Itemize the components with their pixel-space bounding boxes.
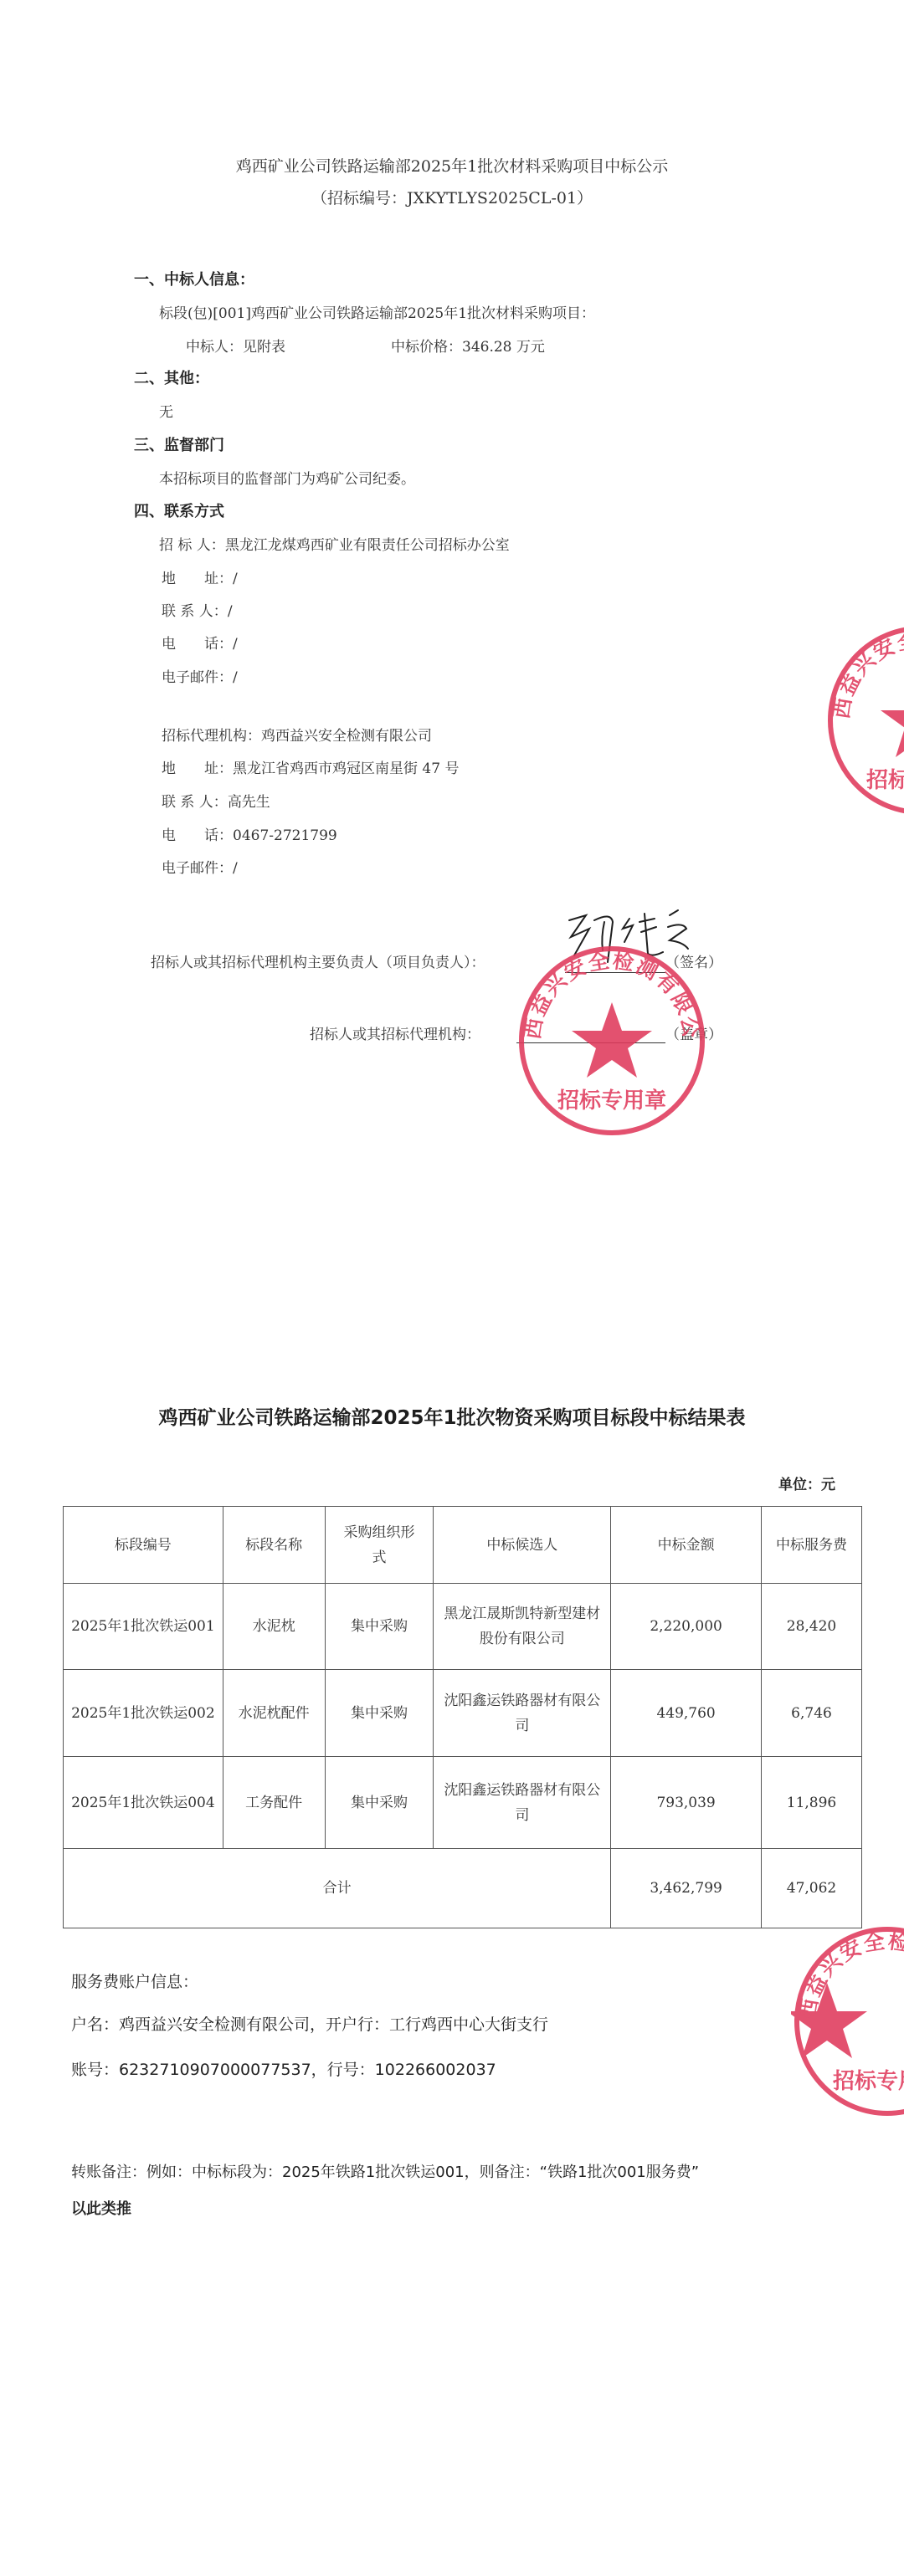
cell-lot-name: 工务配件: [223, 1757, 325, 1849]
cell-lot-no: 2025年1批次铁运002: [64, 1670, 223, 1757]
agency-seal-label: 招标人或其招标代理机构：: [310, 1022, 480, 1043]
agency-contact-person-row: 联 系 人：高先生: [162, 790, 270, 811]
winner-line: 中标人：见附表: [186, 335, 285, 356]
svg-text:招标专用章: 招标专用章: [866, 767, 904, 793]
cell-lot-name: 水泥枕配件: [223, 1670, 325, 1757]
cell-method: 集中采购: [325, 1757, 434, 1849]
tender-number: （招标编号：JXKYTLYS2025CL-01）: [0, 186, 904, 208]
field-label: 地 址：: [162, 761, 233, 777]
field-value: /: [228, 603, 233, 620]
svg-text:招标专用章: 招标专用章: [833, 2068, 904, 2094]
svg-text:鸡西益兴安全检测有限公司: 鸡西益兴安全检测有限公司: [824, 623, 904, 720]
tenderer-phone-row: 电 话：/: [162, 632, 238, 653]
cell-amount: 449,760: [611, 1670, 762, 1757]
edge-seal-icon: 鸡西益兴安全检测有限公司 招标专用章: [824, 623, 904, 817]
winner-label: 中标人：: [186, 339, 243, 356]
responsible-person-label: 招标人或其招标代理机构主要负责人（项目负责人）：: [151, 950, 485, 971]
account-heading: 服务费账户信息：: [71, 1969, 198, 1992]
winner-value: 见附表: [243, 339, 285, 356]
header-lot-name: 标段名称: [223, 1507, 325, 1584]
section-contact-heading: 四、联系方式: [134, 499, 224, 521]
header-fee: 中标服务费: [762, 1507, 862, 1584]
cell-lot-no: 2025年1批次铁运004: [64, 1757, 223, 1849]
agency-phone-row: 电 话：0467-2721799: [162, 823, 337, 844]
edge-seal-icon: 鸡西益兴安全检测有限公司 招标专用章: [791, 1924, 904, 2118]
section-supervision-body: 本招标项目的监督部门为鸡矿公司纪委。: [159, 467, 415, 488]
field-value: /: [233, 571, 238, 587]
lot-line: 标段(包)[001]鸡西矿业公司铁路运输部2025年1批次材料采购项目：: [159, 301, 595, 322]
cell-lot-name: 水泥枕: [223, 1584, 325, 1670]
field-label: 招 标 人：: [159, 537, 225, 554]
table-row: 2025年1批次铁运004 工务配件 集中采购 沈阳鑫运铁路器材有限公司 793…: [64, 1757, 862, 1849]
cell-lot-no: 2025年1批次铁运001: [64, 1584, 223, 1670]
tenderer-email-row: 电子邮件：/: [162, 665, 238, 686]
table-header-row: 标段编号 标段名称 采购组织形式 中标候选人 中标金额 中标服务费: [64, 1507, 862, 1584]
transfer-remark-line: 转账备注：例如：中标标段为：2025年铁路1批次铁运001，则备注：“铁路1批次…: [71, 2160, 699, 2182]
field-label: 地 址：: [162, 571, 233, 587]
field-value: /: [233, 669, 238, 686]
field-value: 鸡西益兴安全检测有限公司: [261, 728, 432, 745]
field-value: 高先生: [228, 794, 270, 811]
account-name-line: 户名：鸡西益兴安全检测有限公司，开户行：工行鸡西中心大街支行: [71, 2012, 548, 2035]
section-winner-heading: 一、中标人信息：: [134, 268, 254, 289]
tenderer-contact-person-row: 联 系 人：/: [162, 599, 233, 620]
field-label: 电子邮件：: [162, 860, 233, 877]
tenderer-address-row: 地 址：/: [162, 566, 238, 587]
header-lot-no: 标段编号: [64, 1507, 223, 1584]
header-method: 采购组织形式: [325, 1507, 434, 1584]
agency-row: 招标代理机构：鸡西益兴安全检测有限公司: [162, 724, 432, 745]
cell-fee: 28,420: [762, 1584, 862, 1670]
table-row: 2025年1批次铁运002 水泥枕配件 集中采购 沈阳鑫运铁路器材有限公司 44…: [64, 1670, 862, 1757]
cell-candidate: 沈阳鑫运铁路器材有限公司: [434, 1757, 611, 1849]
cell-fee: 6,746: [762, 1670, 862, 1757]
field-value: 黑龙江省鸡西市鸡冠区南星街 47 号: [233, 761, 459, 777]
cell-method: 集中采购: [325, 1670, 434, 1757]
notice-title: 鸡西矿业公司铁路运输部2025年1批次材料采购项目中标公示: [0, 154, 904, 177]
field-label: 电 话：: [162, 636, 233, 653]
bidding-seal-icon: 鸡西益兴安全检测有限公司 招标专用章: [516, 944, 708, 1138]
result-table-title: 鸡西矿业公司铁路运输部2025年1批次物资采购项目标段中标结果表: [0, 1402, 904, 1430]
field-label: 联 系 人：: [162, 794, 228, 811]
field-label: 电 话：: [162, 827, 233, 844]
agency-email-row: 电子邮件：/: [162, 856, 238, 877]
field-label: 电子邮件：: [162, 669, 233, 686]
result-table: 标段编号 标段名称 采购组织形式 中标候选人 中标金额 中标服务费 2025年1…: [63, 1506, 862, 1928]
field-value: /: [233, 636, 238, 653]
section-other-heading: 二、其他：: [134, 366, 209, 388]
cell-candidate: 黑龙江晟斯凯特新型建材股份有限公司: [434, 1584, 611, 1670]
header-candidate: 中标候选人: [434, 1507, 611, 1584]
section-supervision-heading: 三、监督部门: [134, 433, 224, 455]
field-label: 招标代理机构：: [162, 728, 261, 745]
cell-method: 集中采购: [325, 1584, 434, 1670]
cell-total-fee: 47,062: [762, 1849, 862, 1928]
field-value: /: [233, 860, 238, 877]
svg-text:招标专用章: 招标专用章: [557, 1088, 666, 1114]
cell-candidate: 沈阳鑫运铁路器材有限公司: [434, 1670, 611, 1757]
price-line: 中标价格：346.28 万元: [391, 335, 545, 356]
cell-amount: 793,039: [611, 1757, 762, 1849]
account-number-line: 账号：6232710907000077537，行号：102266002037: [71, 2057, 496, 2080]
field-label: 联 系 人：: [162, 603, 228, 620]
field-value: 0467-2721799: [233, 827, 337, 844]
cell-amount: 2,220,000: [611, 1584, 762, 1670]
cell-total-amount: 3,462,799: [611, 1849, 762, 1928]
price-label: 中标价格：: [391, 339, 462, 356]
agency-address-row: 地 址：黑龙江省鸡西市鸡冠区南星街 47 号: [162, 756, 459, 777]
section-other-body: 无: [159, 400, 173, 421]
price-value: 346.28 万元: [462, 339, 545, 356]
header-amount: 中标金额: [611, 1507, 762, 1584]
table-total-row: 合计 3,462,799 47,062: [64, 1849, 862, 1928]
field-value: 黑龙江龙煤鸡西矿业有限责任公司招标办公室: [225, 537, 510, 554]
cell-total-label: 合计: [64, 1849, 611, 1928]
unit-label: 单位：元: [778, 1472, 835, 1493]
table-row: 2025年1批次铁运001 水泥枕 集中采购 黑龙江晟斯凯特新型建材股份有限公司…: [64, 1584, 862, 1670]
transfer-remark-tail: 以此类推: [71, 2197, 131, 2219]
tenderer-row: 招 标 人：黑龙江龙煤鸡西矿业有限责任公司招标办公室: [159, 533, 510, 554]
cell-fee: 11,896: [762, 1757, 862, 1849]
